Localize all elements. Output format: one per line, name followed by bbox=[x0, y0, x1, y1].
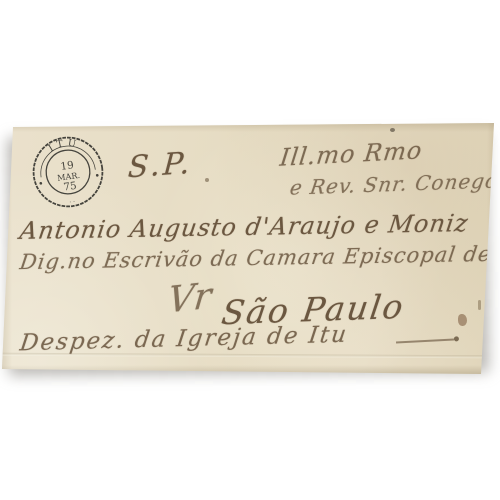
postmark-right-dot bbox=[96, 174, 99, 177]
handwriting-sender-line: Despez. da Igreja de Itu bbox=[18, 322, 349, 357]
paper-speck bbox=[458, 314, 467, 326]
paper-speck bbox=[390, 128, 395, 132]
handwriting-salutation-2: e Rev. Snr. Conego bbox=[288, 168, 500, 199]
handwriting-salutation-1: Ill.mo Rmo bbox=[278, 136, 424, 172]
postmark-bottom-mark: . . bbox=[69, 198, 76, 205]
handwriting-sp: S.P. bbox=[127, 146, 194, 186]
envelope-photo: ITU 19 MAR. 75 . . S.P. Ill.mo Rmo e Rev… bbox=[0, 118, 497, 381]
paper-speck bbox=[478, 300, 481, 310]
postmark-left-dot bbox=[39, 182, 42, 185]
photo-canvas: ITU 19 MAR. 75 . . S.P. Ill.mo Rmo e Rev… bbox=[0, 0, 500, 500]
handwriting-flourish: Vr bbox=[166, 275, 213, 321]
postmark-year: 75 bbox=[63, 180, 78, 194]
handwriting-addressee: Antonio Augusto d'Araujo e Moniz bbox=[18, 209, 470, 245]
ink-flourish-dash bbox=[396, 338, 454, 343]
ink-dot bbox=[205, 178, 209, 182]
handwriting-title-line: Dig.no Escrivão da Camara Episcopal de bbox=[18, 242, 493, 274]
postmark-stamp: ITU 19 MAR. 75 . . bbox=[26, 130, 110, 214]
